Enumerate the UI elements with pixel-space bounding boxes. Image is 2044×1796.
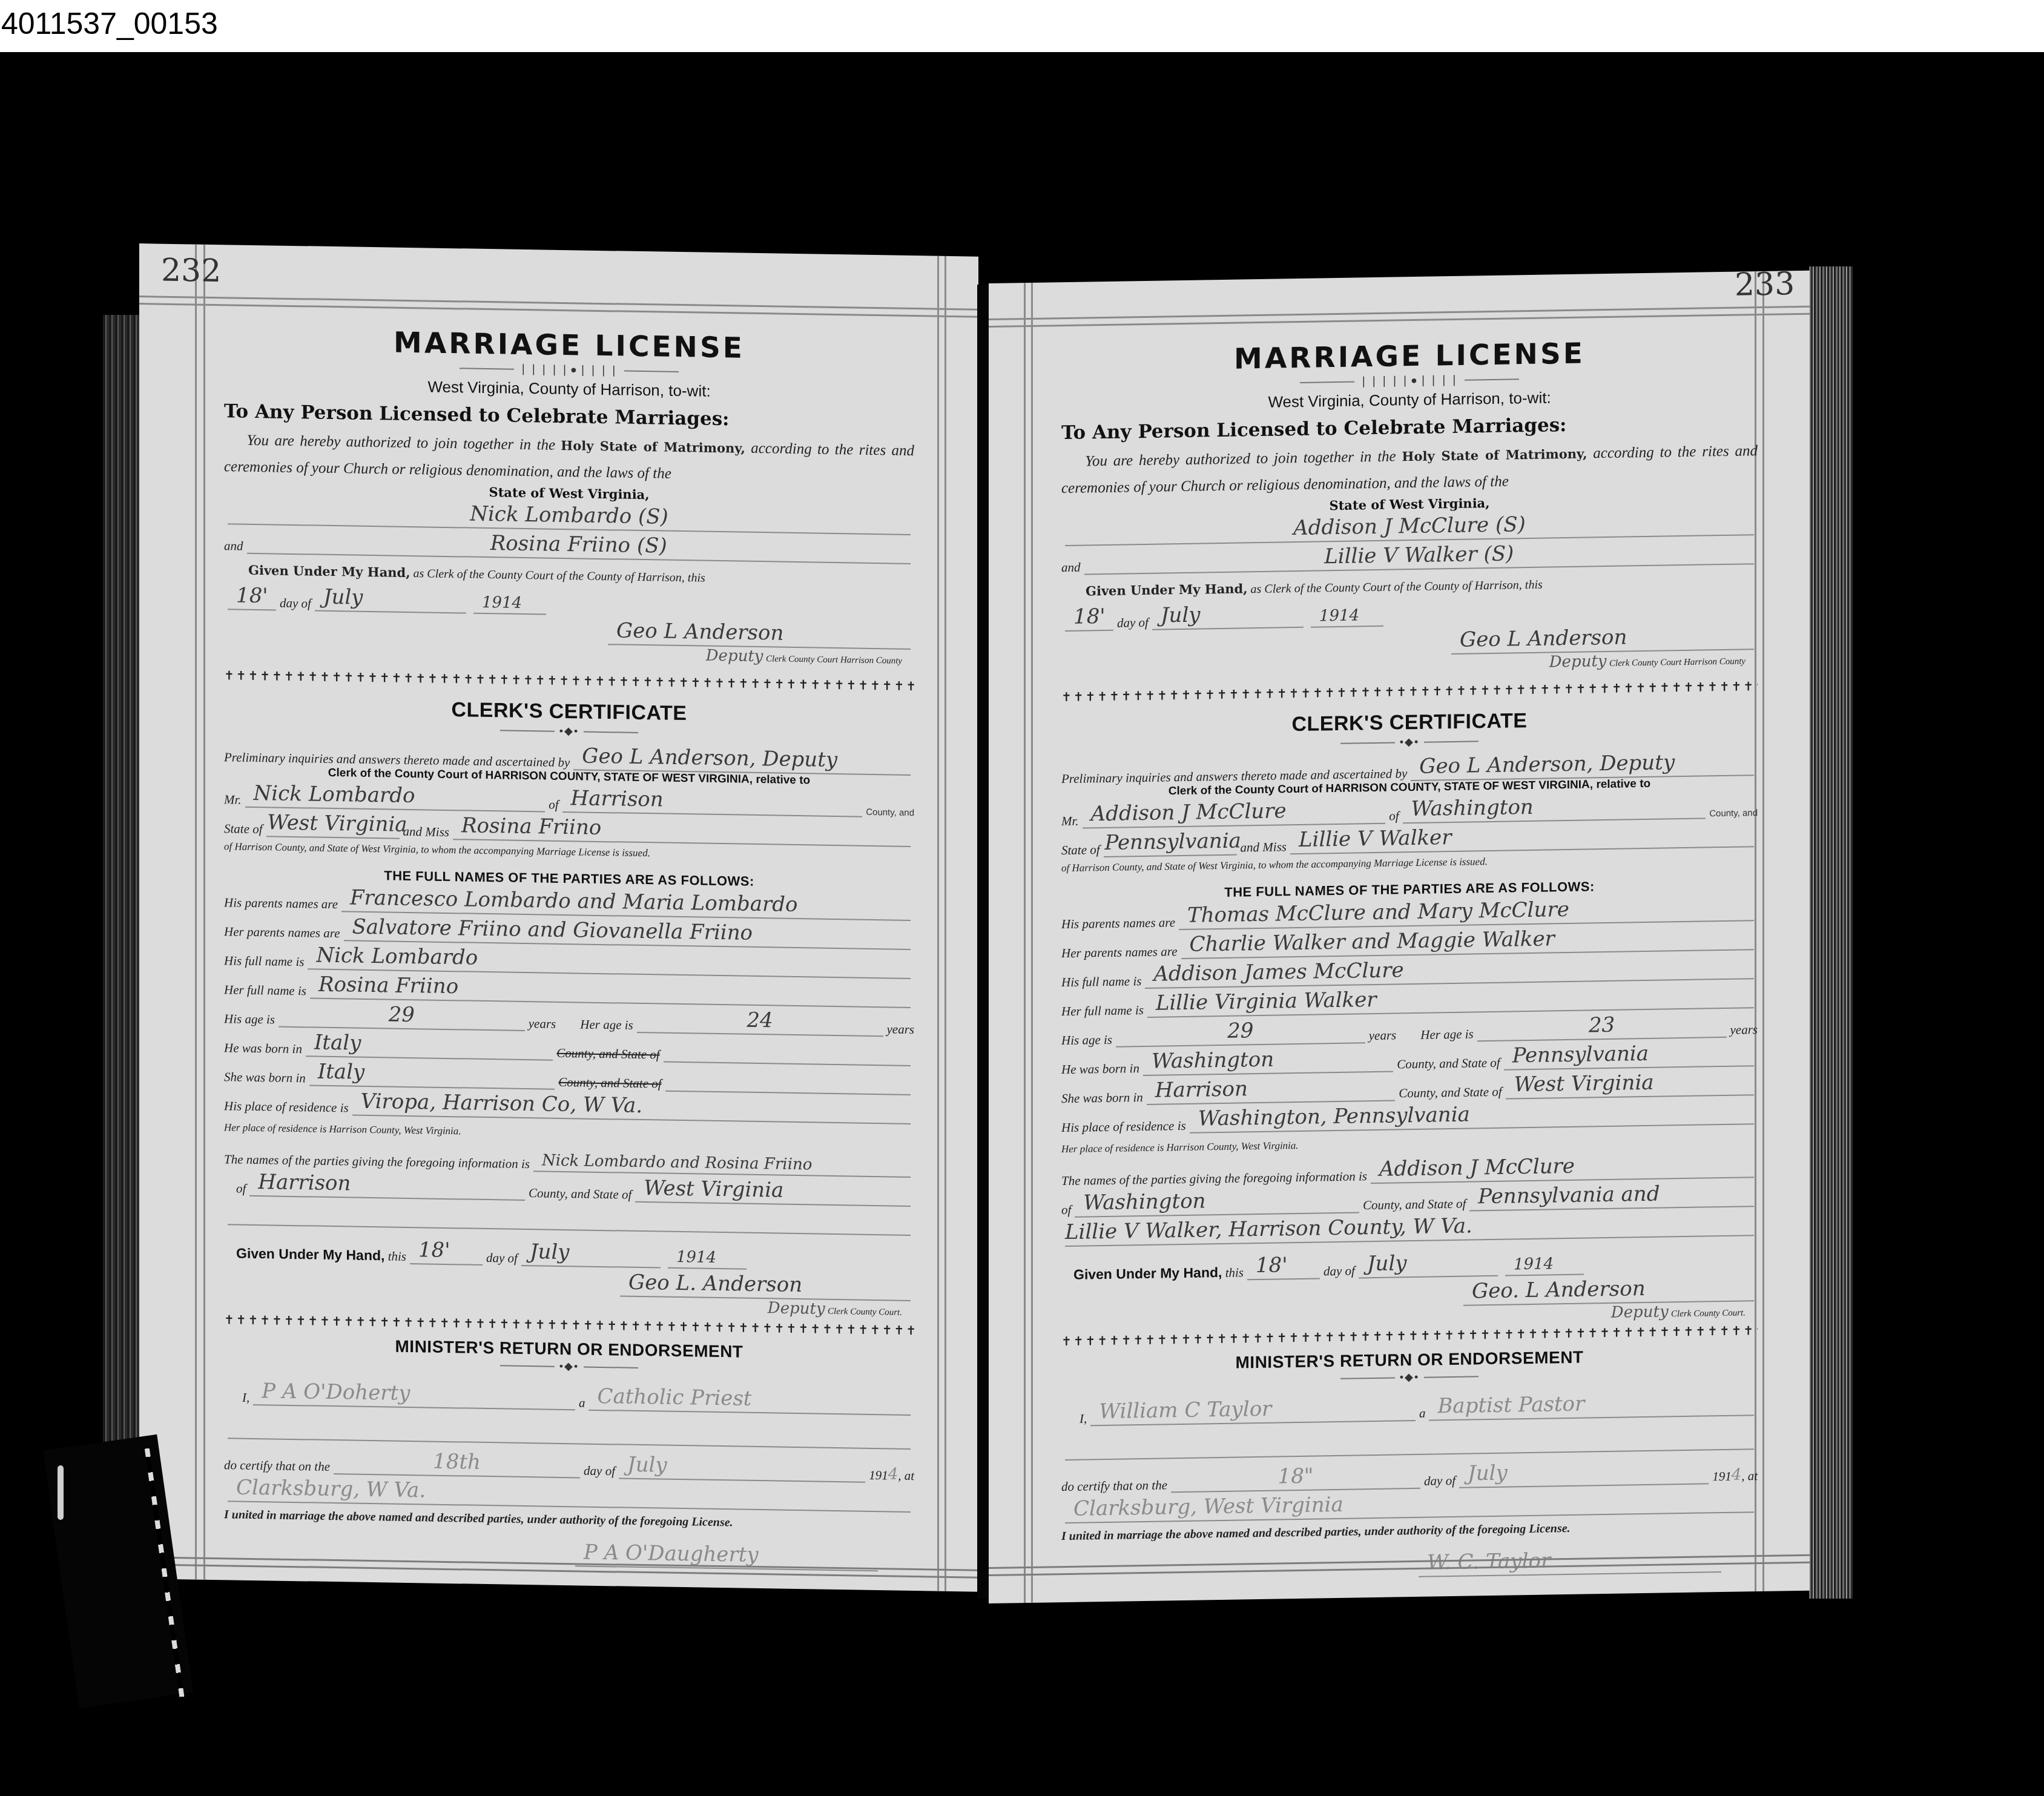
clerk-signature: Geo L Anderson (616, 618, 783, 645)
he-born-field: Washington (1143, 1047, 1393, 1076)
cert-year-field: 1914 (668, 1243, 747, 1270)
authorization-text: You are hereby authorized to join togeth… (224, 427, 914, 491)
cert-year-value: 1914 (676, 1248, 716, 1267)
his-full-name-label: His full name is (224, 953, 304, 969)
of-label: of (1389, 808, 1399, 824)
state-field: Pennsylvania (1104, 830, 1237, 857)
month-value: July (1161, 603, 1201, 628)
cert-clerk-title: Clerk County Court. (828, 1307, 902, 1318)
given-text: as Clerk of the County Court of the Coun… (414, 567, 705, 585)
miss-value: Lillie V Walker (1299, 825, 1451, 852)
he-born-value: Washington (1152, 1048, 1274, 1074)
cert-day-of-label: day of (486, 1250, 518, 1266)
minister-title: Catholic Priest (597, 1384, 751, 1411)
year-field: 1914 (1311, 601, 1383, 628)
mr-label: Mr. (224, 792, 242, 807)
state-value: West Virginia (268, 810, 407, 837)
his-parents-label: His parents names are (224, 895, 338, 912)
i-label: I, (1080, 1411, 1087, 1426)
cross-divider: ✝✝✝✝✝✝✝✝✝✝✝✝✝✝✝✝✝✝✝✝✝✝✝✝✝✝✝✝✝✝✝✝✝✝✝✝✝✝✝✝… (224, 669, 914, 692)
image-label: 4011537_00153 (1, 6, 218, 41)
right-page-content: MARRIAGE LICENSE ❘❘❘❘❘●❘❘❘❘ West Virgini… (1061, 322, 1758, 1583)
her-age-label: Her age is (1420, 1026, 1474, 1042)
clerk-signature-field: Geo L Anderson (608, 619, 911, 650)
year-value: 1914 (1319, 606, 1359, 625)
he-born-value: Italy (314, 1031, 361, 1055)
his-residence-field: Viropa, Harrison Co, W Va. (352, 1091, 911, 1124)
cert-signature-field: Geo. L Anderson (1463, 1276, 1754, 1306)
informant-county-label: County, and State of (1363, 1197, 1466, 1213)
he-born-state-field (664, 1037, 911, 1066)
preliminary-value: Geo L Anderson, Deputy (582, 744, 837, 772)
her-full-name-value: Rosina Friino (318, 972, 458, 999)
cert-month-field: July (1359, 1251, 1498, 1279)
informant-county-field: Washington (1075, 1187, 1359, 1217)
she-born-state-field: West Virginia (1506, 1070, 1754, 1099)
minister-name: William C Taylor (1099, 1397, 1271, 1424)
cert-year-field: 1914 (1505, 1250, 1584, 1276)
certify-month: July (1468, 1461, 1508, 1486)
her-full-name-label: Her full name is (1061, 1003, 1144, 1019)
she-born-value: Harrison (1155, 1077, 1248, 1102)
year-value: 1914 (482, 593, 522, 612)
mr-value: Addison J McClure (1091, 799, 1287, 826)
her-parents-value: Charlie Walker and Maggie Walker (1190, 926, 1555, 956)
bride-name: Rosina Friino (S) (490, 531, 667, 558)
of-value: Washington (1411, 795, 1534, 821)
her-parents-label: Her parents names are (224, 924, 340, 941)
authorization-a: You are hereby authorized to join togeth… (1085, 448, 1396, 469)
left-page-stack-edge (103, 315, 139, 1574)
at-label: , at (1741, 1468, 1758, 1484)
and-miss-label: and Miss (1241, 839, 1287, 855)
he-born-field: Italy (306, 1031, 553, 1060)
state-value: Pennsylvania (1105, 828, 1241, 855)
authorization-a: You are hereby authorized to join togeth… (246, 432, 555, 454)
he-born-state-label: County, and State of (1397, 1055, 1500, 1072)
margin-line (1031, 283, 1033, 1603)
given-label: Given Under My Hand, (248, 563, 410, 580)
his-residence-label: His place of residence is (224, 1098, 349, 1115)
his-residence-value: Washington, Pennsylvania (1198, 1103, 1470, 1131)
bride-field: Rosina Friino (S) (247, 529, 911, 564)
place-value: Clarksburg, West Virginia (1073, 1493, 1343, 1521)
margin-line (195, 244, 197, 1579)
informant-extra-value: Lillie V Walker, Harrison County, W Va. (1065, 1213, 1472, 1244)
she-born-label: She was born in (224, 1069, 306, 1086)
his-age-label: His age is (224, 1011, 275, 1027)
cert-month-field: July (521, 1241, 661, 1269)
month-field: July (1152, 603, 1304, 630)
his-age-value: 29 (389, 1002, 415, 1027)
left-page: 232 MARRIAGE LICENSE ❘❘❘❘❘●❘❘❘❘ West Vir… (139, 243, 978, 1592)
preliminary-value: Geo L Anderson, Deputy (1419, 750, 1675, 779)
years-label: years (1730, 1022, 1758, 1038)
margin-line (203, 245, 205, 1580)
cert-deputy: Deputy (1611, 1302, 1669, 1321)
certify-day-field: 18th (334, 1449, 580, 1478)
a-label: a (1419, 1406, 1426, 1421)
informant-county-label: County, and State of (529, 1186, 631, 1203)
his-parents-value: Francesco Lombardo and Maria Lombardo (350, 885, 797, 917)
of-label: of (549, 797, 558, 813)
cert-given-this: this (1225, 1265, 1244, 1280)
of-value: Harrison (571, 786, 664, 811)
cert-signature-field: Geo L. Anderson (620, 1271, 911, 1301)
and-label: and (224, 538, 243, 553)
miss-value: Rosina Friino (461, 813, 601, 840)
book-spine (977, 285, 989, 1599)
left-page-content: MARRIAGE LICENSE ❘❘❘❘❘●❘❘❘❘ West Virgini… (224, 311, 914, 1572)
i-label: I, (242, 1390, 249, 1405)
clerk-signature: Geo L Anderson (1460, 625, 1627, 652)
groom-name: Addison J McClure (S) (1293, 512, 1526, 540)
cert-day-value: 18' (1256, 1253, 1288, 1278)
cert-day-field: 18' (1247, 1253, 1320, 1280)
informant-county-field: Harrison (249, 1171, 525, 1201)
clerk-title: Clerk County Court Harrison County (1609, 656, 1746, 669)
certify-day-field: 18" (1171, 1464, 1420, 1493)
she-born-state-field (665, 1066, 911, 1095)
state-of-label: State of (1061, 842, 1100, 858)
certify-day-of-label: day of (1424, 1473, 1456, 1489)
she-born-label: She was born in (1061, 1090, 1143, 1106)
informant-value: Nick Lombardo and Rosina Friino (542, 1151, 812, 1174)
authorization-holy: Holy State of Matrimony, (1402, 446, 1587, 464)
she-born-field: Italy (309, 1060, 555, 1089)
he-born-state-field: Pennsylvania (1504, 1041, 1754, 1070)
groom-name: Nick Lombardo (S) (470, 502, 668, 529)
county-and-label: County, and (1709, 808, 1758, 819)
her-age-label: Her age is (580, 1017, 633, 1032)
informant-of-label: of (1061, 1203, 1071, 1218)
cert-clerk-title: Clerk County Court. (1671, 1308, 1746, 1319)
deputy-label: Deputy (1549, 652, 1607, 671)
cert-given-label: Given Under My Hand, (1073, 1264, 1222, 1283)
minister-signature-field: W. C. Taylor (1419, 1547, 1721, 1577)
margin-line (1024, 283, 1026, 1603)
cross-divider: ✝✝✝✝✝✝✝✝✝✝✝✝✝✝✝✝✝✝✝✝✝✝✝✝✝✝✝✝✝✝✝✝✝✝✝✝✝✝✝✝… (1061, 680, 1758, 703)
minister-title: Baptist Pastor (1437, 1392, 1584, 1419)
his-full-name-value: Addison James McClure (1153, 958, 1403, 986)
his-full-name-label: His full name is (1061, 974, 1141, 990)
month-field: July (315, 586, 466, 614)
his-age-field: 29 (279, 1002, 525, 1031)
right-page-stack-edge (1809, 266, 1853, 1599)
at-label: , at (898, 1468, 914, 1484)
page-number: 232 (161, 253, 221, 290)
his-residence-label: His place of residence is (1061, 1118, 1186, 1135)
cert-year-value: 1914 (1514, 1255, 1554, 1273)
informant-value: Addison J McClure (1379, 1154, 1575, 1181)
state-field: West Virginia (266, 811, 400, 839)
year-field: 1914 (473, 589, 546, 615)
day-of-label: day of (1117, 615, 1149, 631)
cert-day-of-label: day of (1324, 1263, 1355, 1279)
margin-line (937, 256, 939, 1591)
cert-day-value: 18' (418, 1238, 450, 1263)
cert-signature: Geo L. Anderson (628, 1270, 802, 1298)
certify-day: 18" (1278, 1464, 1314, 1489)
his-age-label: His age is (1061, 1032, 1112, 1048)
cert-deputy: Deputy (768, 1299, 825, 1318)
she-born-state-label: County, and State of (1399, 1085, 1502, 1101)
deputy-label: Deputy (706, 647, 763, 665)
minister-name: P A O'Doherty (262, 1379, 410, 1405)
cert-given-this: this (388, 1249, 406, 1264)
bride-field: Lillie V Walker (S) (1084, 539, 1755, 575)
cert-month-value: July (530, 1240, 570, 1264)
he-born-state-value: Pennsylvania (1512, 1042, 1649, 1068)
informant-state-field: Pennsylvania and (1469, 1181, 1754, 1211)
day-of-label: day of (280, 596, 311, 612)
year-prefix: 191 (1712, 1469, 1732, 1484)
day-value: 18' (1073, 604, 1106, 629)
his-parents-value: Thomas McClure and Mary McClure (1187, 897, 1569, 928)
certify-month-field: July (619, 1453, 865, 1482)
mr-label: Mr. (1061, 814, 1079, 829)
her-parents-label: Her parents names are (1061, 944, 1178, 961)
margin-line (1762, 271, 1764, 1591)
his-age-field: 29 (1116, 1018, 1365, 1047)
her-full-name-label: Her full name is (224, 982, 306, 999)
year-prefix: 191 (869, 1468, 888, 1483)
cert-signature: Geo. L Anderson (1472, 1276, 1646, 1304)
clerk-title: Clerk County Court Harrison County (766, 654, 902, 666)
years-label: years (1369, 1028, 1397, 1043)
year-suffix: 4 (1732, 1465, 1742, 1484)
certify-label: do certify that on the (1061, 1477, 1167, 1494)
county-and-label: County, and (866, 807, 914, 818)
informant-state-value: West Virginia (644, 1176, 783, 1203)
preliminary-field: Geo L Anderson, Deputy (1411, 750, 1754, 781)
her-age-value: 23 (1589, 1013, 1615, 1038)
her-age-field: 23 (1477, 1012, 1727, 1042)
bride-name: Lillie V Walker (S) (1324, 541, 1514, 569)
his-full-name-value: Nick Lombardo (316, 943, 478, 970)
certify-day: 18th (433, 1450, 481, 1474)
right-page: 233 MARRIAGE LICENSE ❘❘❘❘❘●❘❘❘❘ West Vir… (989, 271, 1810, 1603)
and-miss-label: and Miss (403, 824, 449, 840)
her-parents-value: Salvatore Friino and Giovanella Friino (352, 915, 753, 945)
cert-given-label: Given Under My Hand, (236, 1246, 384, 1264)
year-suffix: 4 (888, 1465, 898, 1483)
given-text: as Clerk of the County Court of the Coun… (1251, 578, 1543, 596)
authorization-holy: Holy State of Matrimony, (561, 438, 745, 456)
preliminary-field: Geo L Anderson, Deputy (573, 745, 911, 776)
his-age-value: 29 (1227, 1019, 1253, 1043)
clip-highlight (58, 1465, 64, 1520)
header-rule (139, 295, 978, 311)
a-label: a (579, 1395, 585, 1410)
day-value: 18' (236, 584, 268, 609)
years-label: years (529, 1016, 556, 1032)
given-label: Given Under My Hand, (1086, 581, 1248, 598)
month-value: July (323, 585, 363, 610)
his-parents-label: His parents names are (1061, 915, 1175, 932)
her-age-field: 24 (637, 1008, 883, 1037)
certify-month-field: July (1459, 1459, 1709, 1488)
and-label: and (1061, 560, 1081, 575)
day-field: 18' (228, 584, 276, 610)
informant-of-label: of (236, 1181, 246, 1197)
her-full-name-value: Lillie Virginia Walker (1156, 988, 1377, 1015)
he-born-label: He was born in (224, 1040, 302, 1057)
informant-state-field: West Virginia (635, 1177, 911, 1207)
certify-day-of-label: day of (584, 1464, 615, 1479)
cert-month-value: July (1367, 1251, 1407, 1276)
margin-line (945, 256, 946, 1591)
informant-county-value: Washington (1083, 1189, 1205, 1215)
state-of-label: State of (224, 821, 263, 837)
place-value: Clarksburg, W Va. (236, 1476, 426, 1503)
his-residence-field: Washington, Pennsylvania (1190, 1099, 1754, 1134)
she-born-field: Harrison (1147, 1075, 1395, 1104)
he-born-label: He was born in (1061, 1061, 1139, 1077)
her-age-value: 24 (747, 1008, 773, 1033)
she-born-state-label: County, and State of (558, 1075, 661, 1092)
header-rule (989, 306, 1810, 320)
his-residence-value: Viropa, Harrison Co, W Va. (361, 1089, 643, 1118)
certify-month: July (627, 1453, 667, 1477)
cert-day-field: 18' (410, 1239, 483, 1266)
certify-label: do certify that on the (224, 1458, 330, 1474)
day-field: 18' (1065, 606, 1113, 632)
she-born-value: Italy (318, 1060, 364, 1085)
image-label-bar: 4011537_00153 (0, 0, 2044, 52)
years-label: years (887, 1022, 915, 1037)
he-born-state-label: County, and State of (556, 1046, 659, 1063)
informant-county-value: Harrison (258, 1170, 351, 1195)
informant-state-value: Pennsylvania and (1478, 1182, 1660, 1209)
page-number: 233 (1735, 271, 1795, 303)
she-born-state-value: West Virginia (1514, 1071, 1654, 1097)
mr-value: Nick Lombardo (254, 781, 415, 808)
clerk-signature-field: Geo L Anderson (1451, 624, 1754, 655)
